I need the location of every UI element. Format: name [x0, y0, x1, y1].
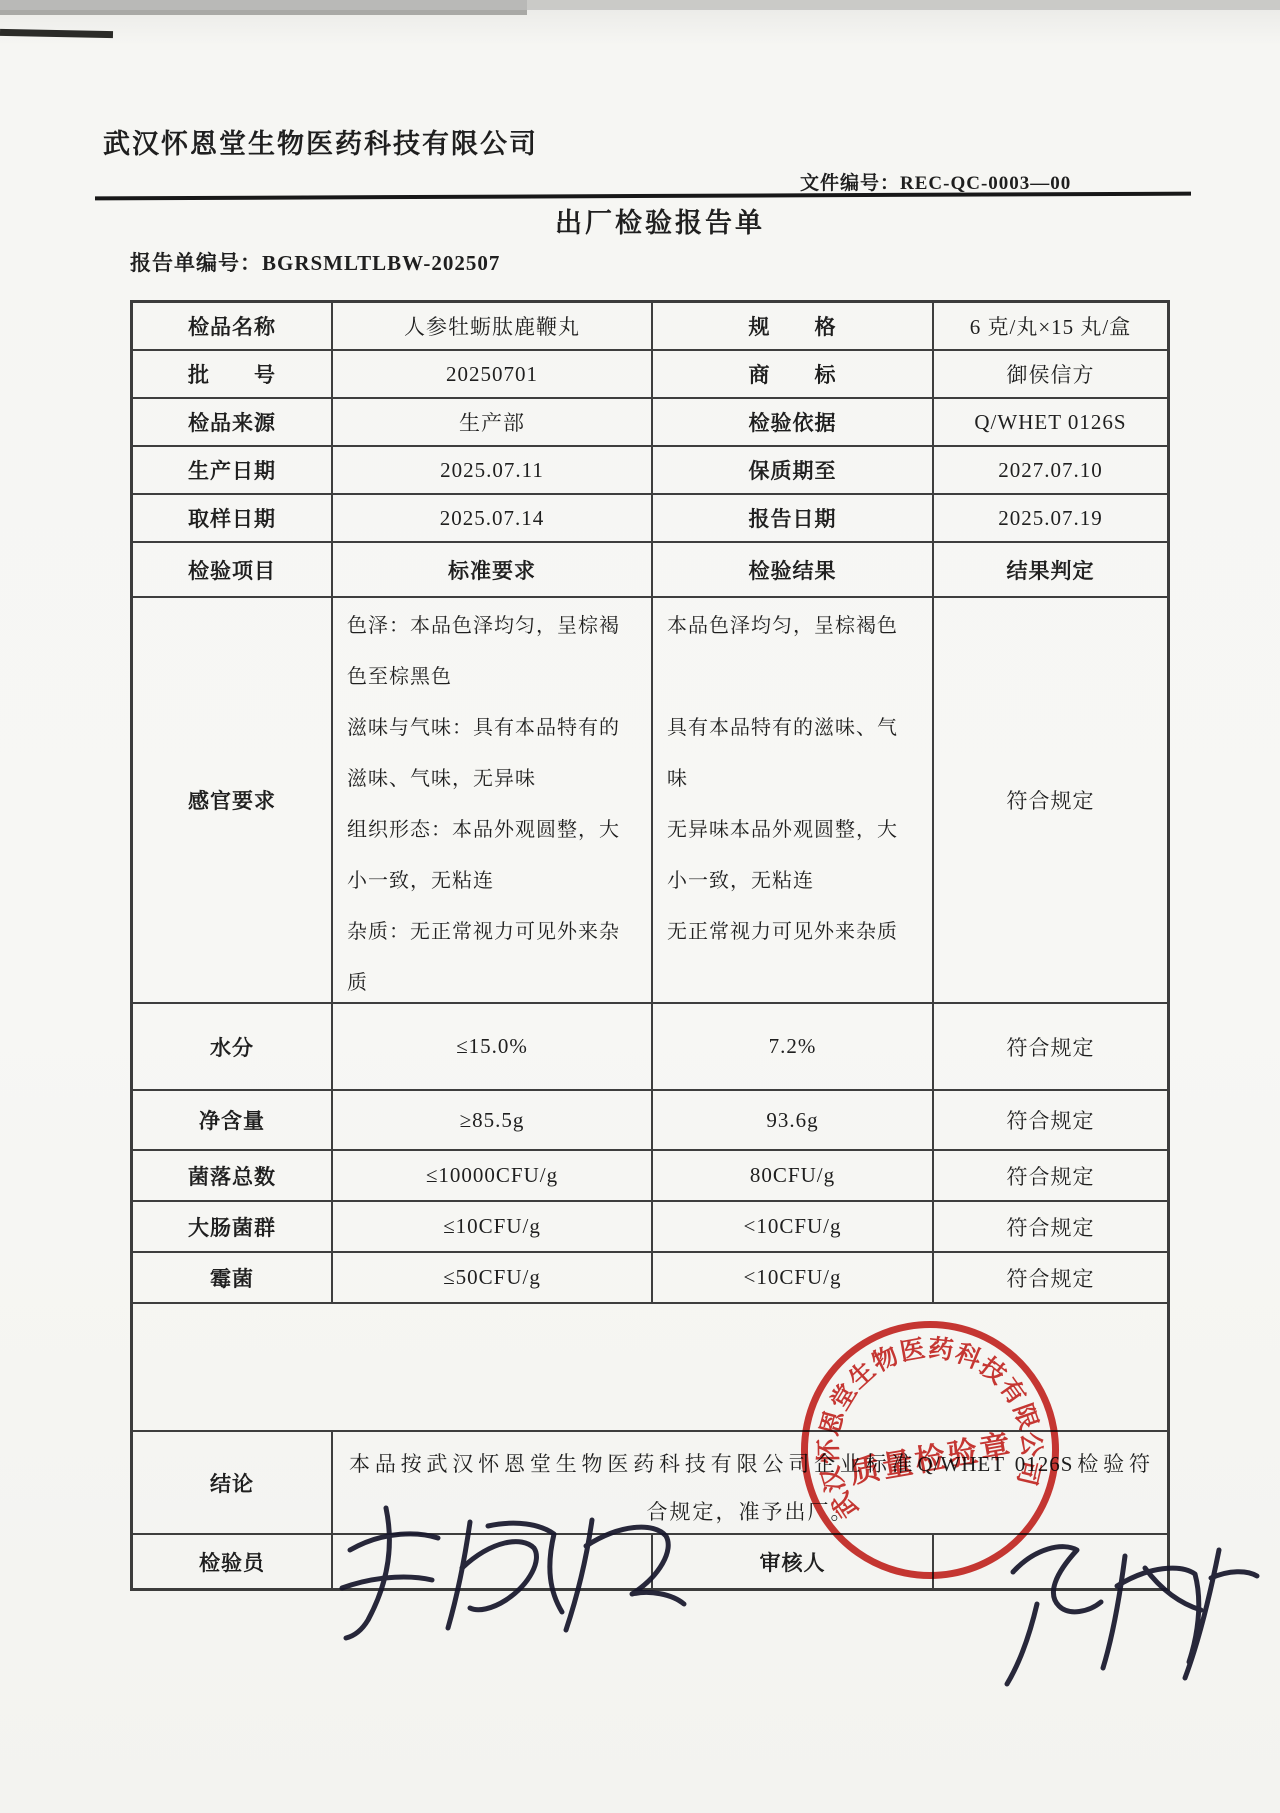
text-line: 滋味与气味：具有本品特有的 [347, 703, 620, 754]
judgment-value: 符合规定 [934, 1202, 1167, 1251]
column-header: 结果判定 [934, 543, 1167, 596]
judgment-value: 符合规定 [934, 1091, 1167, 1149]
test-header-row: 检验项目 标准要求 检验结果 结果判定 [133, 543, 1167, 598]
column-header: 标准要求 [333, 543, 653, 596]
company-name: 武汉怀恩堂生物医药科技有限公司 [103, 122, 538, 161]
scanned-inspection-report: { "page": { "company_name": "武汉怀恩堂生物医药科技… [0, 0, 1280, 1813]
row-label: 报告日期 [653, 495, 934, 541]
scan-line-artifact [0, 29, 113, 38]
text-line: 色泽：本品色泽均匀，呈棕褐 [347, 601, 620, 652]
test-item: 水分 [133, 1004, 333, 1089]
row-value: 2025.07.14 [333, 495, 653, 541]
row-label: 取样日期 [133, 495, 333, 541]
text-line: 杂质：无正常视力可见外来杂 [347, 907, 620, 958]
text-line: 味 [667, 754, 688, 805]
row-label: 商 标 [653, 351, 934, 397]
test-result: <10CFU/g [653, 1253, 934, 1302]
text-line: 组织形态：本品外观圆整，大 [347, 805, 620, 856]
test-standard: ≤10000CFU/g [333, 1151, 653, 1200]
table-row: 生产日期 2025.07.11 保质期至 2027.07.10 [133, 447, 1167, 495]
row-value: Q/WHET 0126S [934, 399, 1167, 445]
text-line: 无异味本品外观圆整，大 [667, 805, 898, 856]
row-label: 保质期至 [653, 447, 934, 493]
row-label: 规 格 [653, 303, 934, 349]
sensory-row: 感官要求 色泽：本品色泽均匀，呈棕褐 色至棕黑色 滋味与气味：具有本品特有的 滋… [133, 598, 1167, 1004]
test-standard: ≥85.5g [333, 1091, 653, 1149]
sensory-result: 本品色泽均匀，呈棕褐色 具有本品特有的滋味、气 味 无异味本品外观圆整，大 小一… [653, 598, 934, 1002]
conclusion-label: 结论 [133, 1432, 333, 1533]
judgment-value: 符合规定 [934, 1004, 1167, 1089]
row-label: 批 号 [133, 351, 333, 397]
row-label: 检品名称 [133, 303, 333, 349]
test-standard: ≤15.0% [333, 1004, 653, 1089]
row-value: 2025.07.19 [934, 495, 1167, 541]
text-line: 具有本品特有的滋味、气 [667, 703, 898, 754]
row-value: 6 克/丸×15 丸/盒 [934, 303, 1167, 349]
judgment-value: 符合规定 [934, 1151, 1167, 1200]
stamp-ring-char: 医 [896, 1335, 928, 1367]
test-result: 93.6g [653, 1091, 934, 1149]
row-label: 生产日期 [133, 447, 333, 493]
company-stamp: 武汉怀恩堂生物医药科技有限公司 质量检验章 [777, 1297, 1083, 1603]
test-row: 霉菌 ≤50CFU/g <10CFU/g 符合规定 [133, 1253, 1167, 1304]
report-number: 报告单编号：BGRSMLTLBW-202507 [130, 247, 500, 277]
row-value: 2025.07.11 [333, 447, 653, 493]
text-line: 小一致，无粘连 [667, 856, 814, 907]
test-row: 水分 ≤15.0% 7.2% 符合规定 [133, 1004, 1167, 1091]
row-label: 检验依据 [653, 399, 934, 445]
inspector-label: 检验员 [133, 1535, 333, 1588]
column-header: 检验项目 [133, 543, 333, 596]
judgment-value: 符合规定 [934, 1253, 1167, 1302]
header-rule [95, 192, 1191, 201]
text-line: 无正常视力可见外来杂质 [667, 907, 898, 958]
sensory-standard: 色泽：本品色泽均匀，呈棕褐 色至棕黑色 滋味与气味：具有本品特有的 滋味、气味，… [333, 598, 653, 1002]
test-standard: ≤10CFU/g [333, 1202, 653, 1251]
scan-edge-artifact [0, 0, 1280, 10]
text-line: 本品色泽均匀，呈棕褐色 [667, 601, 898, 652]
table-row: 检品名称 人参牡蛎肽鹿鞭丸 规 格 6 克/丸×15 丸/盒 [133, 303, 1167, 351]
column-header: 检验结果 [653, 543, 934, 596]
table-row: 批 号 20250701 商 标 御侯信方 [133, 351, 1167, 399]
row-value: 人参牡蛎肽鹿鞭丸 [333, 303, 653, 349]
test-item: 菌落总数 [133, 1151, 333, 1200]
inspector-signature-cell [333, 1535, 653, 1588]
page-title: 出厂检验报告单 [540, 201, 780, 240]
test-row: 净含量 ≥85.5g 93.6g 符合规定 [133, 1091, 1167, 1151]
test-item: 大肠菌群 [133, 1202, 333, 1251]
row-value: 20250701 [333, 351, 653, 397]
judgment-value: 符合规定 [934, 598, 1167, 1002]
text-line: 小一致，无粘连 [347, 856, 494, 907]
test-standard: ≤50CFU/g [333, 1253, 653, 1302]
row-value: 2027.07.10 [934, 447, 1167, 493]
row-label: 感官要求 [133, 598, 333, 1002]
row-label: 检品来源 [133, 399, 333, 445]
test-item: 霉菌 [133, 1253, 333, 1302]
text-line: 滋味、气味，无异味 [347, 754, 536, 805]
text-line: 色至棕黑色 [347, 652, 452, 703]
test-result: <10CFU/g [653, 1202, 934, 1251]
row-value: 生产部 [333, 399, 653, 445]
text-line: 质 [347, 958, 368, 1002]
test-item: 净含量 [133, 1091, 333, 1149]
test-result: 80CFU/g [653, 1151, 934, 1200]
test-row: 菌落总数 ≤10000CFU/g 80CFU/g 符合规定 [133, 1151, 1167, 1202]
table-row: 取样日期 2025.07.14 报告日期 2025.07.19 [133, 495, 1167, 543]
row-value: 御侯信方 [934, 351, 1167, 397]
test-result: 7.2% [653, 1004, 934, 1089]
table-row: 检品来源 生产部 检验依据 Q/WHET 0126S [133, 399, 1167, 447]
test-row: 大肠菌群 ≤10CFU/g <10CFU/g 符合规定 [133, 1202, 1167, 1253]
